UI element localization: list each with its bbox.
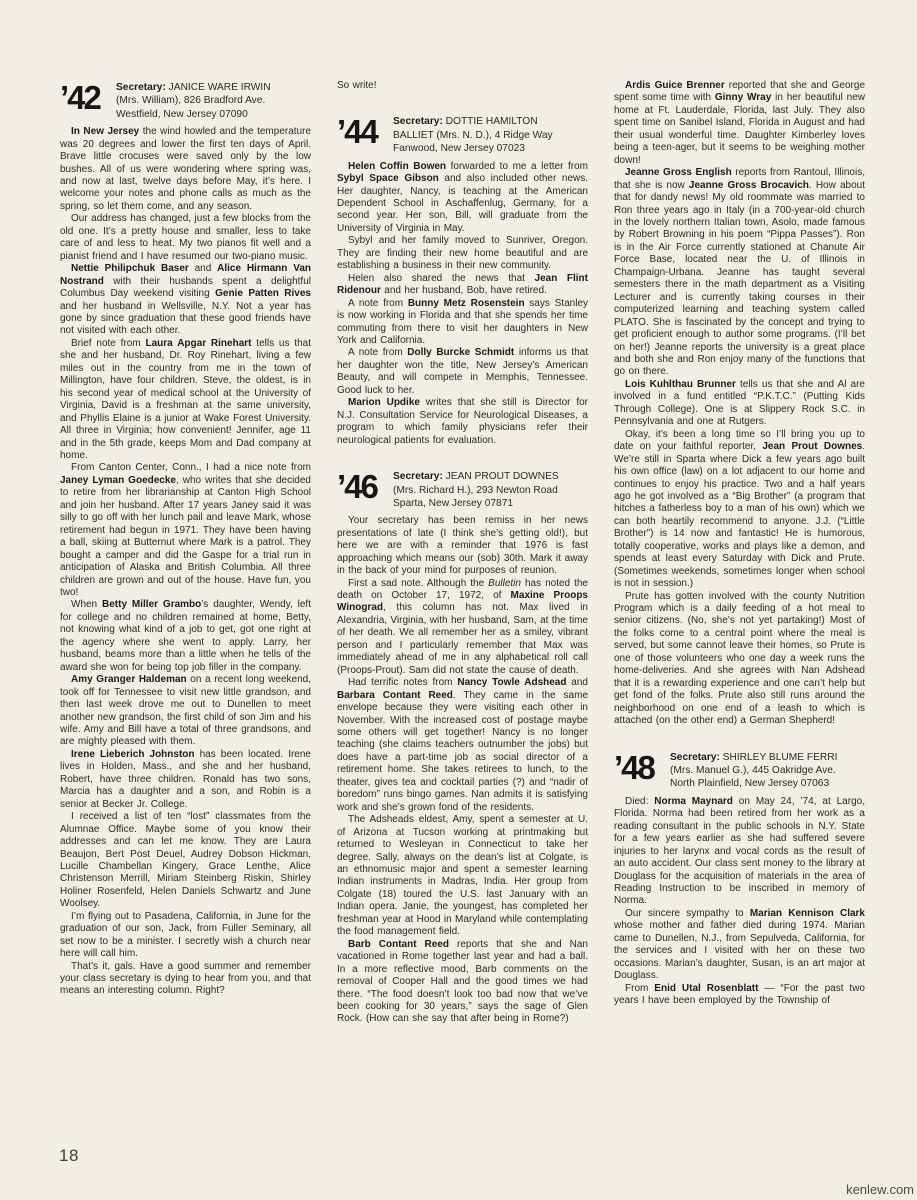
person-name: Jeanne Gross Brocavich <box>689 180 809 191</box>
paragraph: Sybyl and her family moved to Sunriver, … <box>337 235 588 272</box>
paragraph: First a sad note. Although the Bulletin … <box>337 578 588 678</box>
class-year-header: ’46Secretary: JEAN PROUT DOWNES(Mrs. Ric… <box>337 469 588 510</box>
person-name: Bunny Metz Rosenstein <box>408 298 525 309</box>
secretary-address-line: Fanwood, New Jersey 07023 <box>393 142 553 155</box>
secretary-label: Secretary: <box>670 752 720 763</box>
class-year: ’44 <box>337 114 393 147</box>
watermark: kenlew.com <box>846 1182 914 1197</box>
class-year: ’46 <box>337 469 393 502</box>
body-text: I received a list of ten “lost” classmat… <box>60 811 311 909</box>
body-text: on May 24, ’74, at Largo, Florida. Norma… <box>614 796 865 907</box>
paragraph: That’s it, gals. Have a good summer and … <box>60 961 311 998</box>
secretary-label: Secretary: <box>393 116 443 127</box>
paragraph: From Canton Center, Conn., I had a nice … <box>60 462 311 599</box>
person-name: Ginny Wray <box>715 92 771 103</box>
secretary-address-line: (Mrs. Richard H.), 293 Newton Road <box>393 484 559 497</box>
secretary-address-line: Westfield, New Jersey 07090 <box>116 108 271 121</box>
person-name: Barb Contant Reed <box>348 939 449 950</box>
secretary-address-line: (Mrs. William), 826 Bradford Ave. <box>116 94 271 107</box>
column-2: So write!’44Secretary: DOTTIE HAMILTONBA… <box>337 80 588 1026</box>
paragraph: Nettie Philipchuk Baser and Alice Hirman… <box>60 263 311 338</box>
paragraph: Marion Updike writes that she still is D… <box>337 397 588 447</box>
paragraph: So write! <box>337 80 588 92</box>
person-name: Nancy Towle Adshead <box>457 677 566 688</box>
secretary-info: Secretary: JANICE WARE IRWIN(Mrs. Willia… <box>116 80 271 121</box>
person-name: Marion Updike <box>348 397 420 408</box>
body-text: Our address has changed, just a few bloc… <box>60 213 311 261</box>
body-text: Brief note from <box>71 338 146 349</box>
body-text: whose mother and father died during 1974… <box>614 920 865 981</box>
class-year-header: ’48Secretary: SHIRLEY BLUME FERRI(Mrs. M… <box>614 750 865 791</box>
person-name: Norma Maynard <box>654 796 733 807</box>
person-name: Sybyl Space Gibson <box>337 173 439 184</box>
paragraph: Our address has changed, just a few bloc… <box>60 213 311 263</box>
person-name: Irene Lieberich Johnston <box>71 749 195 760</box>
person-name: Janey Lyman Goedecke <box>60 475 176 486</box>
secretary-info: Secretary: DOTTIE HAMILTONBALLIET (Mrs. … <box>393 114 553 155</box>
paragraph: Ardis Guice Brenner reported that she an… <box>614 80 865 167</box>
body-text: and her husband, Bob, have retired. <box>381 285 547 296</box>
body-text: . They came in the same envelope because… <box>337 690 588 813</box>
paragraph: Prute has gotten involved with the count… <box>614 591 865 728</box>
page-number: 18 <box>59 1146 79 1166</box>
body-text: Our sincere sympathy to <box>625 908 750 919</box>
body-text: Helen also shared the news that <box>348 273 535 284</box>
body-text: First a sad note. Although the <box>348 578 488 589</box>
paragraph: I received a list of ten “lost” classmat… <box>60 811 311 911</box>
secretary-info: Secretary: SHIRLEY BLUME FERRI(Mrs. Manu… <box>670 750 837 791</box>
body-text: and <box>189 263 217 274</box>
body-text: Died: <box>625 796 654 807</box>
class-year-header: ’44Secretary: DOTTIE HAMILTONBALLIET (Mr… <box>337 114 588 155</box>
paragraph: Died: Norma Maynard on May 24, ’74, at L… <box>614 796 865 908</box>
body-text: reports that she and Nan vacationed in R… <box>337 939 588 1025</box>
column-1: ’42Secretary: JANICE WARE IRWIN(Mrs. Wil… <box>60 80 311 1026</box>
body-text: forwarded to me a letter from <box>446 161 588 172</box>
paragraph: Amy Granger Haldeman on a recent long we… <box>60 674 311 749</box>
body-text: When <box>71 599 102 610</box>
body-text: The Adsheads eldest, Amy, spent a semest… <box>337 814 588 937</box>
body-text: tells us that she and her husband, Dr. R… <box>60 338 311 461</box>
person-name: Laura Apgar Rinehart <box>146 338 252 349</box>
class-year: ’48 <box>614 750 670 783</box>
person-name: Nettie Philipchuk Baser <box>71 263 189 274</box>
paragraph: Okay, it’s been a long time so I’ll brin… <box>614 429 865 591</box>
body-text: . How about that for dandy news! My old … <box>614 180 865 378</box>
secretary-address-line: BALLIET (Mrs. N. D.), 4 Ridge Way <box>393 129 553 142</box>
paragraph: A note from Bunny Metz Rosenstein says S… <box>337 298 588 348</box>
column-3: Ardis Guice Brenner reported that she an… <box>614 80 865 1026</box>
body-text: Had terrific notes from <box>348 677 457 688</box>
secretary-label: Secretary: <box>393 471 443 482</box>
paragraph: I’m flying out to Pasadena, California, … <box>60 911 311 961</box>
paragraph: Helen Coffin Bowen forwarded to me a let… <box>337 161 588 236</box>
paragraph: Our sincere sympathy to Marian Kennison … <box>614 908 865 983</box>
publication-name: Bulletin <box>488 578 521 589</box>
person-name: Amy Granger Haldeman <box>71 674 187 685</box>
paragraph: Helen also shared the news that Jean Fli… <box>337 273 588 298</box>
person-name: Jeanne Gross English <box>625 167 732 178</box>
body-text: A note from <box>348 347 407 358</box>
secretary-address-line: Sparta, New Jersey 07871 <box>393 497 559 510</box>
paragraph: The Adsheads eldest, Amy, spent a semest… <box>337 814 588 939</box>
paragraph: Had terrific notes from Nancy Towle Adsh… <box>337 677 588 814</box>
body-text: , who writes that she decided to retire … <box>60 475 311 598</box>
body-text: Sybyl and her family moved to Sunriver, … <box>337 235 588 271</box>
person-name: Barbara Contant Reed <box>337 690 453 701</box>
paragraph: Irene Lieberich Johnston has been locate… <box>60 749 311 811</box>
body-text: From Canton Center, Conn., I had a nice … <box>71 462 311 473</box>
body-text: and <box>566 677 588 688</box>
body-text: I’m flying out to Pasadena, California, … <box>60 911 311 959</box>
body-text: From <box>625 983 654 994</box>
class-year-header: ’42Secretary: JANICE WARE IRWIN(Mrs. Wil… <box>60 80 311 121</box>
person-name: Betty Miller Grambo <box>102 599 201 610</box>
paragraph: Barb Contant Reed reports that she and N… <box>337 939 588 1026</box>
paragraph: Your secretary has been remiss in her ne… <box>337 515 588 577</box>
paragraph: Jeanne Gross English reports from Rantou… <box>614 167 865 379</box>
secretary-label: Secretary: <box>116 82 166 93</box>
body-text: the wind howled and the temperature was … <box>60 126 311 212</box>
person-name: Genie Patten Rives <box>215 288 311 299</box>
paragraph: Lois Kuhlthau Brunner tells us that she … <box>614 379 865 429</box>
person-name: Ardis Guice Brenner <box>625 80 725 91</box>
paragraph: When Betty Miller Grambo’s daughter, Wen… <box>60 599 311 674</box>
body-text: A note from <box>348 298 408 309</box>
secretary-info: Secretary: JEAN PROUT DOWNES(Mrs. Richar… <box>393 469 559 510</box>
body-text: . We’re still in Sparta where Dick a few… <box>614 441 865 589</box>
body-text: That’s it, gals. Have a good summer and … <box>60 961 311 997</box>
paragraph: From Enid Utal Rosenblatt — “For the pas… <box>614 983 865 1008</box>
person-name: Dolly Burcke Schmidt <box>407 347 514 358</box>
body-text: Prute has gotten involved with the count… <box>614 591 865 727</box>
body-text: So write! <box>337 80 377 91</box>
paragraph: In New Jersey the wind howled and the te… <box>60 126 311 213</box>
person-name: In New Jersey <box>71 126 139 137</box>
body-text: and her husband in Wellsville, N.Y. Not … <box>60 301 311 337</box>
person-name: Marian Kennison Clark <box>750 908 865 919</box>
person-name: Helen Coffin Bowen <box>348 161 446 172</box>
body-text: Your secretary has been remiss in her ne… <box>337 515 588 576</box>
person-name: Enid Utal Rosenblatt <box>654 983 758 994</box>
magazine-page: ’42Secretary: JANICE WARE IRWIN(Mrs. Wil… <box>0 0 917 1200</box>
class-year: ’42 <box>60 80 116 113</box>
secretary-address-line: (Mrs. Manuel G.), 445 Oakridge Ave. <box>670 764 837 777</box>
secretary-address-line: North Plainfield, New Jersey 07063 <box>670 777 837 790</box>
person-name: Jean Prout Downes <box>762 441 862 452</box>
person-name: Lois Kuhlthau Brunner <box>625 379 736 390</box>
paragraph: Brief note from Laura Apgar Rinehart tel… <box>60 338 311 463</box>
paragraph: A note from Dolly Burcke Schmidt informs… <box>337 347 588 397</box>
columns-container: ’42Secretary: JANICE WARE IRWIN(Mrs. Wil… <box>60 80 865 1026</box>
